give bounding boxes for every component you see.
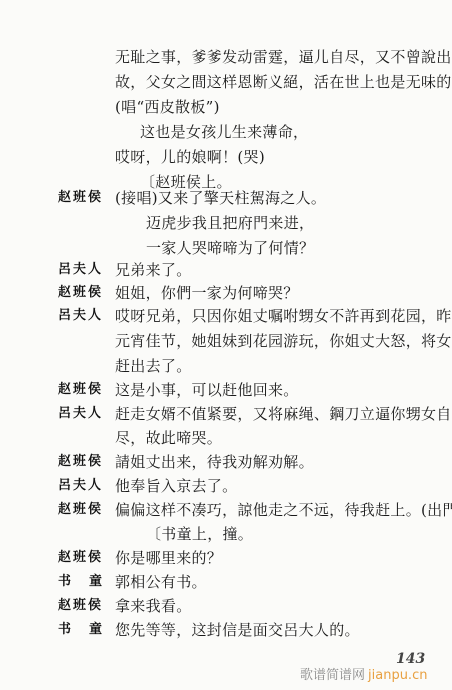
script-line: 哎呀，儿的娘啊！(哭) [115,147,265,167]
script-line: 迈虎步我且把府門来进， [146,213,314,233]
script-line: 〔书童上，撞。 [146,524,253,544]
dialogue-line: 他奉旨入京去了。 [115,476,237,496]
script-page: 无耻之事，爹爹发动雷霆，逼儿自尽，又不曾說出原故，父女之間这样恩断义絕，活在世上… [0,0,452,690]
dialogue-line: 兄弟来了。 [115,260,192,280]
dialogue-line: 赶走女婿不值紧要，又将麻绳、鋼刀立逼你甥女自 [115,404,452,424]
speaker-name: 赵班侯 [58,188,103,208]
dialogue-line: 你是哪里来的？ [115,548,222,568]
script-line: 赶出去了。 [115,356,192,376]
speaker-name: 呂夫人 [58,404,103,424]
dialogue-line: 郭相公有书。 [115,572,207,592]
dialogue-line: (接唱)又来了擎天柱駕海之人。 [115,188,326,208]
watermark-domain: jianpu.cn [368,668,427,683]
dialogue-line: 拿来我看。 [115,596,192,616]
script-line: 元宵佳节，她姐妹到花园游玩，你姐丈大怒，将女婿 [115,331,452,351]
speaker-name: 书童 [58,620,120,640]
speaker-name: 赵班侯 [58,596,103,616]
watermark: 歌谱简谱网jianpu.cn [300,664,427,683]
speaker-name: 赵班侯 [58,452,103,472]
speaker-name: 赵班侯 [58,380,103,400]
speaker-name: 呂夫人 [58,260,103,280]
script-line: 一家人哭啼啼为了何情？ [146,238,314,258]
script-line: (唱“西皮散板”) [115,97,220,117]
speaker-name: 赵班侯 [58,283,103,303]
dialogue-line: 这是小事，可以赶他回来。 [115,380,299,400]
dialogue-line: 偏偏这样不凑巧，諒他走之不远，待我赶上。(出門) [115,500,452,520]
script-line: 故，父女之間这样恩断义絕，活在世上也是无味的了。 [115,72,452,92]
script-line: 尽，故此啼哭。 [115,428,222,448]
dialogue-line: 哎呀兄弟，只因你姐丈嘱咐甥女不許再到花园，昨日 [115,306,452,326]
dialogue-line: 姐姐，你們一家为何啼哭？ [115,283,299,303]
speaker-name: 呂夫人 [58,476,103,496]
watermark-chinese: 歌谱简谱网 [300,668,365,683]
speaker-name: 书童 [58,572,120,592]
script-line: 这也是女孩儿生来薄命， [140,122,308,142]
speaker-name: 赵班侯 [58,500,103,520]
dialogue-line: 請姐丈出来，待我劝解劝解。 [115,452,314,472]
dialogue-line: 您先等等，这封信是面交呂大人的。 [115,620,360,640]
speaker-name: 呂夫人 [58,306,103,326]
script-line: 无耻之事，爹爹发动雷霆，逼儿自尽，又不曾說出原 [115,47,452,67]
speaker-name: 赵班侯 [58,548,103,568]
